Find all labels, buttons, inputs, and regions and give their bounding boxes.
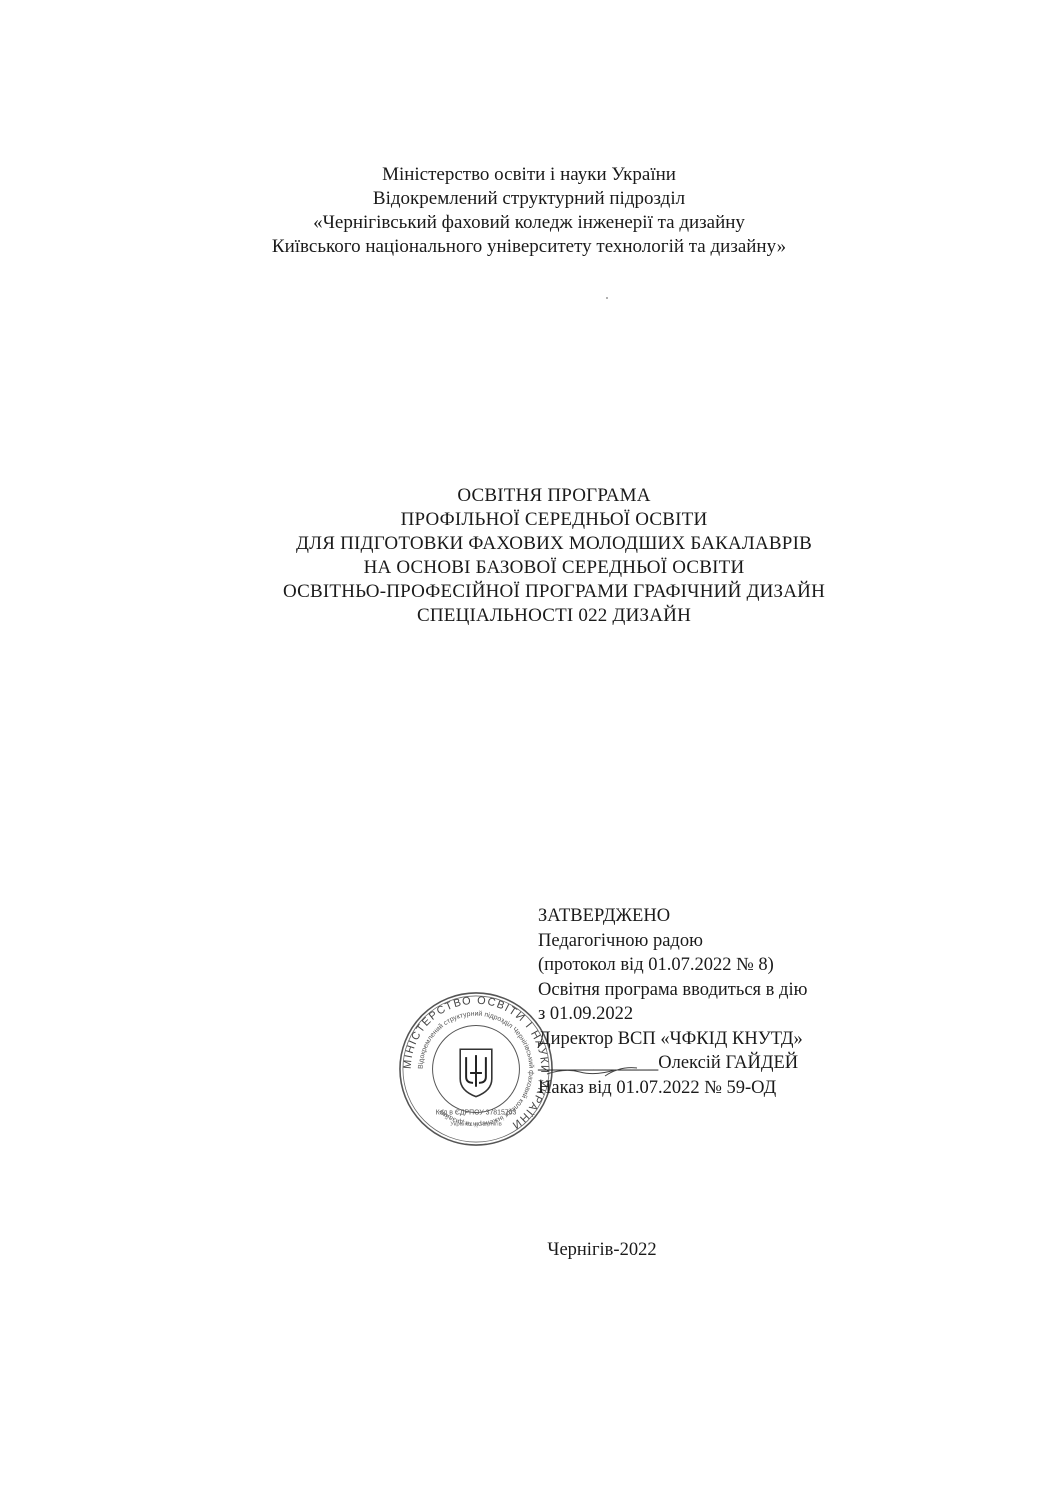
director-title: Директор ВСП «ЧФКІД КНУТД» <box>538 1027 807 1052</box>
college-line: «Чернігівський фаховий коледж інженерії … <box>0 211 1058 235</box>
university-line: Київського національного університету те… <box>0 235 1058 259</box>
scan-speck <box>606 297 608 299</box>
approved-heading: ЗАТВЕРДЖЕНО <box>538 904 807 929</box>
institution-header: Міністерство освіти і науки України Відо… <box>0 163 1058 259</box>
subdivision-line: Відокремлений структурний підрозділ <box>0 187 1058 211</box>
order-ref: Наказ від 01.07.2022 № 59-ОД <box>538 1076 807 1101</box>
document-title: ОСВІТНЯ ПРОГРАМА ПРОФІЛЬНОЇ СЕРЕДНЬОЇ ОС… <box>0 484 1058 628</box>
signature-icon <box>545 1064 655 1078</box>
approved-by: Педагогічною радою <box>538 929 807 954</box>
title-line: НА ОСНОВІ БАЗОВОЇ СЕРЕДНЬОЇ ОСВІТИ <box>50 556 1058 580</box>
title-line: ДЛЯ ПІДГОТОВКИ ФАХОВИХ МОЛОДШИХ БАКАЛАВР… <box>50 532 1058 556</box>
title-line: ОСВІТНЯ ПРОГРАМА <box>50 484 1058 508</box>
protocol-ref: (протокол від 01.07.2022 № 8) <box>538 953 807 978</box>
title-line: ОСВІТНЬО-ПРОФЕСІЙНОЇ ПРОГРАМИ ГРАФІЧНИЙ … <box>50 580 1058 604</box>
svg-text:Україна м. Чернігів: Україна м. Чернігів <box>450 1121 502 1127</box>
official-stamp-icon: МІНІСТЕРСТВО ОСВІТИ І НАУКИ УКРАЇНИ Відо… <box>397 990 555 1148</box>
title-line: СПЕЦІАЛЬНОСТІ 022 ДИЗАЙН <box>50 604 1058 628</box>
effective-label: Освітня програма вводиться в дію <box>538 978 807 1003</box>
trident-emblem-icon <box>460 1049 492 1096</box>
ministry-line: Міністерство освіти і науки України <box>0 163 1058 187</box>
place-year: Чернігів-2022 <box>0 1240 1058 1261</box>
svg-text:Код в ЄДРПОУ 37815703: Код в ЄДРПОУ 37815703 <box>436 1109 517 1116</box>
effective-date: з 01.09.2022 <box>538 1002 807 1027</box>
title-line: ПРОФІЛЬНОЇ СЕРЕДНЬОЇ ОСВІТИ <box>50 508 1058 532</box>
